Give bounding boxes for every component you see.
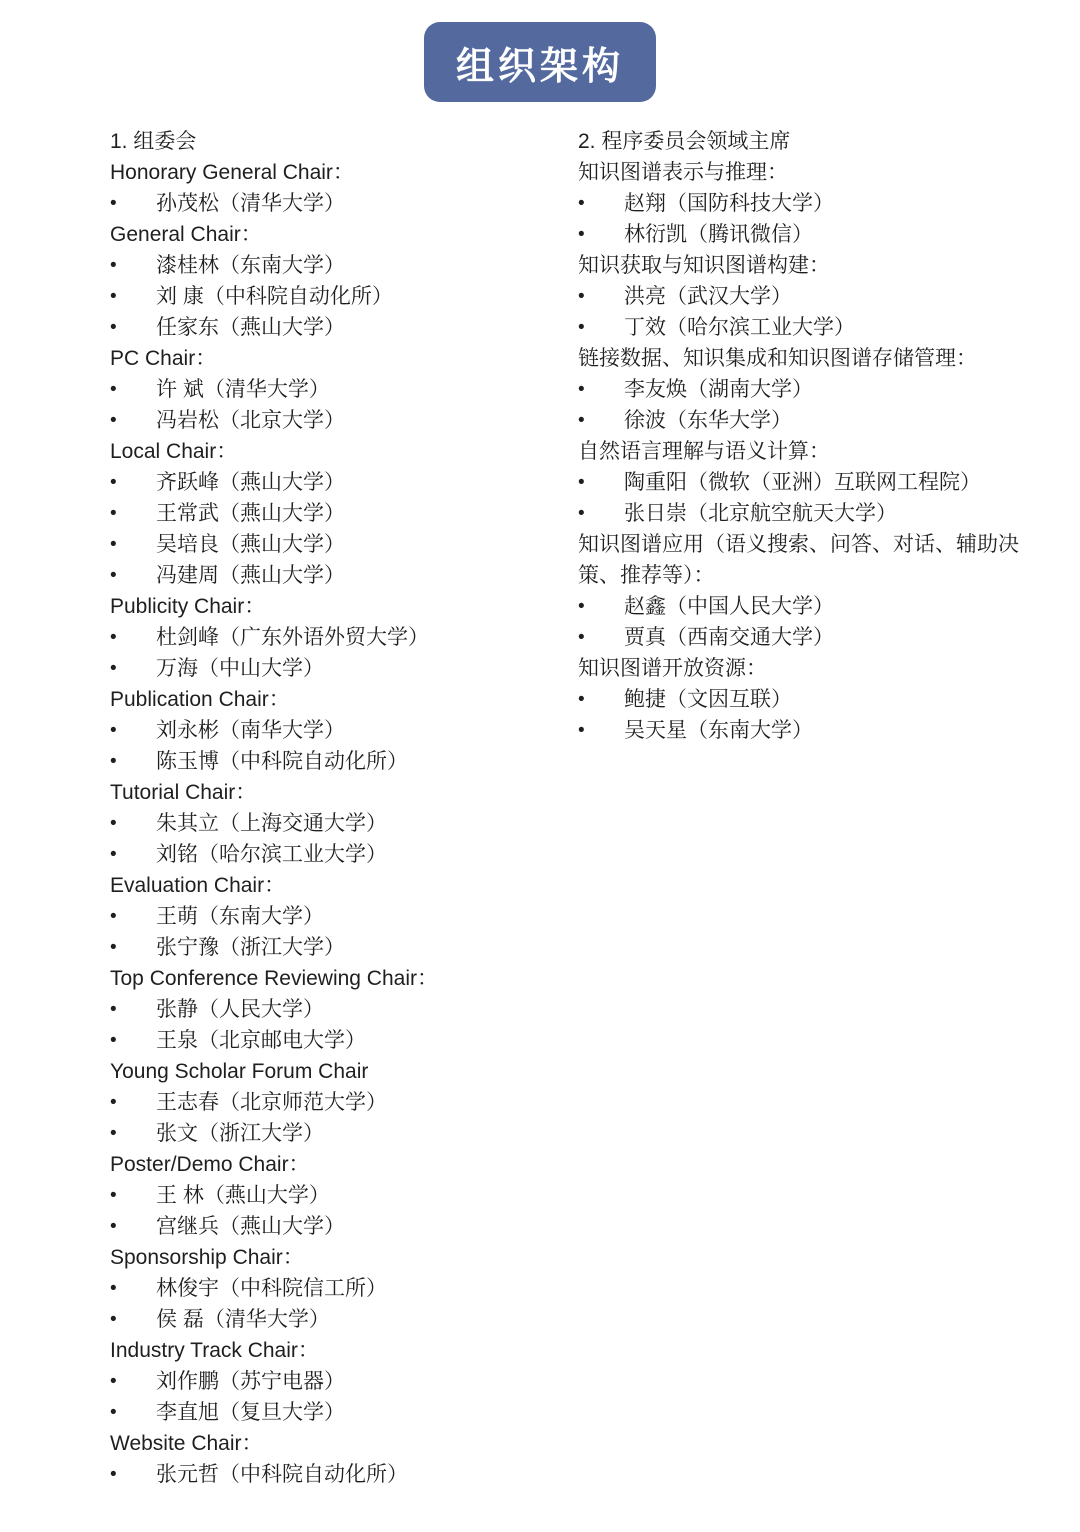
bullet-icon: •: [110, 529, 156, 560]
bullet-icon: •: [110, 1180, 156, 1211]
bullet-icon: •: [578, 188, 624, 219]
member-item: •林俊宇（中科院信工所）: [110, 1273, 578, 1304]
member-name: 赵鑫（中国人民大学）: [624, 591, 1030, 622]
member-item: •张静（人民大学）: [110, 994, 578, 1025]
member-item: •齐跃峰（燕山大学）: [110, 467, 578, 498]
bullet-icon: •: [110, 1211, 156, 1242]
member-item: •张文（浙江大学）: [110, 1118, 578, 1149]
role-label: 自然语言理解与语义计算：: [578, 436, 1030, 467]
bullet-icon: •: [110, 560, 156, 591]
member-name: 张宁豫（浙江大学）: [156, 932, 578, 963]
role-label: 知识图谱开放资源：: [578, 653, 1030, 684]
bullet-icon: •: [110, 281, 156, 312]
member-item: •刘 康（中科院自动化所）: [110, 281, 578, 312]
committee-columns: 1. 组委会Honorary General Chair：•孙茂松（清华大学）G…: [0, 126, 1080, 1490]
member-item: •张日崇（北京航空航天大学）: [578, 498, 1030, 529]
member-item: •刘作鹏（苏宁电器）: [110, 1366, 578, 1397]
member-name: 刘永彬（南华大学）: [156, 715, 578, 746]
bullet-icon: •: [110, 1273, 156, 1304]
member-item: •王 林（燕山大学）: [110, 1180, 578, 1211]
member-name: 杜剑峰（广东外语外贸大学）: [156, 622, 578, 653]
member-item: •冯建周（燕山大学）: [110, 560, 578, 591]
role-label: PC Chair：: [110, 343, 578, 374]
member-name: 吴天星（东南大学）: [624, 715, 1030, 746]
member-name: 鲍捷（文因互联）: [624, 684, 1030, 715]
member-name: 丁效（哈尔滨工业大学）: [624, 312, 1030, 343]
member-item: •孙茂松（清华大学）: [110, 188, 578, 219]
bullet-icon: •: [110, 839, 156, 870]
bullet-icon: •: [578, 281, 624, 312]
member-name: 林俊宇（中科院信工所）: [156, 1273, 578, 1304]
bullet-icon: •: [110, 715, 156, 746]
role-label: Poster/Demo Chair：: [110, 1149, 578, 1180]
bullet-icon: •: [110, 188, 156, 219]
bullet-icon: •: [110, 994, 156, 1025]
member-item: •朱其立（上海交通大学）: [110, 808, 578, 839]
member-name: 冯岩松（北京大学）: [156, 405, 578, 436]
page-title: 组织架构: [456, 35, 624, 90]
member-item: •冯岩松（北京大学）: [110, 405, 578, 436]
member-item: •王萌（东南大学）: [110, 901, 578, 932]
bullet-icon: •: [110, 901, 156, 932]
member-name: 王常武（燕山大学）: [156, 498, 578, 529]
bullet-icon: •: [110, 1118, 156, 1149]
bullet-icon: •: [578, 219, 624, 250]
member-name: 冯建周（燕山大学）: [156, 560, 578, 591]
member-item: •李直旭（复旦大学）: [110, 1397, 578, 1428]
member-item: •鲍捷（文因互联）: [578, 684, 1030, 715]
bullet-icon: •: [578, 312, 624, 343]
member-name: 宫继兵（燕山大学）: [156, 1211, 578, 1242]
bullet-icon: •: [110, 374, 156, 405]
member-item: •赵翔（国防科技大学）: [578, 188, 1030, 219]
member-name: 齐跃峰（燕山大学）: [156, 467, 578, 498]
member-name: 漆桂林（东南大学）: [156, 250, 578, 281]
member-item: •陶重阳（微软（亚洲）互联网工程院）: [578, 467, 1030, 498]
column-program-committee: 2. 程序委员会领域主席知识图谱表示与推理：•赵翔（国防科技大学）•林衍凯（腾讯…: [578, 126, 1030, 746]
role-label: Publicity Chair：: [110, 591, 578, 622]
bullet-icon: •: [578, 684, 624, 715]
member-name: 吴培良（燕山大学）: [156, 529, 578, 560]
bullet-icon: •: [110, 1459, 156, 1490]
role-label: Evaluation Chair：: [110, 870, 578, 901]
member-item: •林衍凯（腾讯微信）: [578, 219, 1030, 250]
member-item: •万海（中山大学）: [110, 653, 578, 684]
bullet-icon: •: [578, 622, 624, 653]
member-name: 王泉（北京邮电大学）: [156, 1025, 578, 1056]
member-name: 徐波（东华大学）: [624, 405, 1030, 436]
member-item: •丁效（哈尔滨工业大学）: [578, 312, 1030, 343]
member-item: •洪亮（武汉大学）: [578, 281, 1030, 312]
member-name: 王志春（北京师范大学）: [156, 1087, 578, 1118]
member-item: •吴天星（东南大学）: [578, 715, 1030, 746]
role-label: 知识图谱应用（语义搜索、问答、对话、辅助决策、推荐等）：: [578, 529, 1030, 591]
member-item: •赵鑫（中国人民大学）: [578, 591, 1030, 622]
member-name: 贾真（西南交通大学）: [624, 622, 1030, 653]
member-name: 陈玉博（中科院自动化所）: [156, 746, 578, 777]
bullet-icon: •: [110, 622, 156, 653]
member-name: 万海（中山大学）: [156, 653, 578, 684]
member-name: 李友焕（湖南大学）: [624, 374, 1030, 405]
member-item: •任家东（燕山大学）: [110, 312, 578, 343]
bullet-icon: •: [578, 374, 624, 405]
member-name: 张元哲（中科院自动化所）: [156, 1459, 578, 1490]
role-label: Industry Track Chair：: [110, 1335, 578, 1366]
member-item: •陈玉博（中科院自动化所）: [110, 746, 578, 777]
member-item: •杜剑峰（广东外语外贸大学）: [110, 622, 578, 653]
member-item: •徐波（东华大学）: [578, 405, 1030, 436]
member-item: •吴培良（燕山大学）: [110, 529, 578, 560]
member-name: 刘 康（中科院自动化所）: [156, 281, 578, 312]
member-item: •王常武（燕山大学）: [110, 498, 578, 529]
role-label: 链接数据、知识集成和知识图谱存储管理：: [578, 343, 1030, 374]
bullet-icon: •: [110, 467, 156, 498]
role-label: General Chair：: [110, 219, 578, 250]
bullet-icon: •: [578, 591, 624, 622]
member-item: •宫继兵（燕山大学）: [110, 1211, 578, 1242]
member-name: 许 斌（清华大学）: [156, 374, 578, 405]
bullet-icon: •: [110, 498, 156, 529]
bullet-icon: •: [110, 1366, 156, 1397]
member-name: 王萌（东南大学）: [156, 901, 578, 932]
role-label: Local Chair：: [110, 436, 578, 467]
member-name: 张静（人民大学）: [156, 994, 578, 1025]
role-label: Honorary General Chair：: [110, 157, 578, 188]
bullet-icon: •: [110, 250, 156, 281]
role-label: Website Chair：: [110, 1428, 578, 1459]
bullet-icon: •: [578, 715, 624, 746]
bullet-icon: •: [110, 932, 156, 963]
bullet-icon: •: [110, 1025, 156, 1056]
bullet-icon: •: [578, 467, 624, 498]
role-label: 知识图谱表示与推理：: [578, 157, 1030, 188]
document-page: 组织架构 1. 组委会Honorary General Chair：•孙茂松（清…: [0, 0, 1080, 1532]
member-item: •张元哲（中科院自动化所）: [110, 1459, 578, 1490]
member-item: •刘铭（哈尔滨工业大学）: [110, 839, 578, 870]
bullet-icon: •: [110, 405, 156, 436]
role-label: Sponsorship Chair：: [110, 1242, 578, 1273]
member-name: 任家东（燕山大学）: [156, 312, 578, 343]
member-item: •王泉（北京邮电大学）: [110, 1025, 578, 1056]
member-name: 李直旭（复旦大学）: [156, 1397, 578, 1428]
member-name: 刘作鹏（苏宁电器）: [156, 1366, 578, 1397]
member-item: •张宁豫（浙江大学）: [110, 932, 578, 963]
role-label: Top Conference Reviewing Chair：: [110, 963, 578, 994]
bullet-icon: •: [110, 1304, 156, 1335]
section-title: 1. 组委会: [110, 126, 578, 157]
member-name: 张文（浙江大学）: [156, 1118, 578, 1149]
bullet-icon: •: [110, 746, 156, 777]
member-name: 赵翔（国防科技大学）: [624, 188, 1030, 219]
member-name: 张日崇（北京航空航天大学）: [624, 498, 1030, 529]
member-name: 侯 磊（清华大学）: [156, 1304, 578, 1335]
member-name: 朱其立（上海交通大学）: [156, 808, 578, 839]
bullet-icon: •: [110, 312, 156, 343]
member-item: •王志春（北京师范大学）: [110, 1087, 578, 1118]
member-item: •侯 磊（清华大学）: [110, 1304, 578, 1335]
member-name: 孙茂松（清华大学）: [156, 188, 578, 219]
role-label: 知识获取与知识图谱构建：: [578, 250, 1030, 281]
bullet-icon: •: [578, 405, 624, 436]
member-name: 林衍凯（腾讯微信）: [624, 219, 1030, 250]
bullet-icon: •: [110, 1087, 156, 1118]
bullet-icon: •: [110, 1397, 156, 1428]
member-name: 刘铭（哈尔滨工业大学）: [156, 839, 578, 870]
member-item: •李友焕（湖南大学）: [578, 374, 1030, 405]
role-label: Publication Chair：: [110, 684, 578, 715]
bullet-icon: •: [110, 653, 156, 684]
member-item: •漆桂林（东南大学）: [110, 250, 578, 281]
member-name: 王 林（燕山大学）: [156, 1180, 578, 1211]
page-title-banner: 组织架构: [424, 22, 656, 102]
column-organizing-committee: 1. 组委会Honorary General Chair：•孙茂松（清华大学）G…: [110, 126, 578, 1490]
role-label: Young Scholar Forum Chair: [110, 1056, 578, 1087]
bullet-icon: •: [110, 808, 156, 839]
member-name: 洪亮（武汉大学）: [624, 281, 1030, 312]
member-name: 陶重阳（微软（亚洲）互联网工程院）: [624, 467, 1030, 498]
bullet-icon: •: [578, 498, 624, 529]
member-item: •许 斌（清华大学）: [110, 374, 578, 405]
member-item: •贾真（西南交通大学）: [578, 622, 1030, 653]
section-title: 2. 程序委员会领域主席: [578, 126, 1030, 157]
role-label: Tutorial Chair：: [110, 777, 578, 808]
member-item: •刘永彬（南华大学）: [110, 715, 578, 746]
